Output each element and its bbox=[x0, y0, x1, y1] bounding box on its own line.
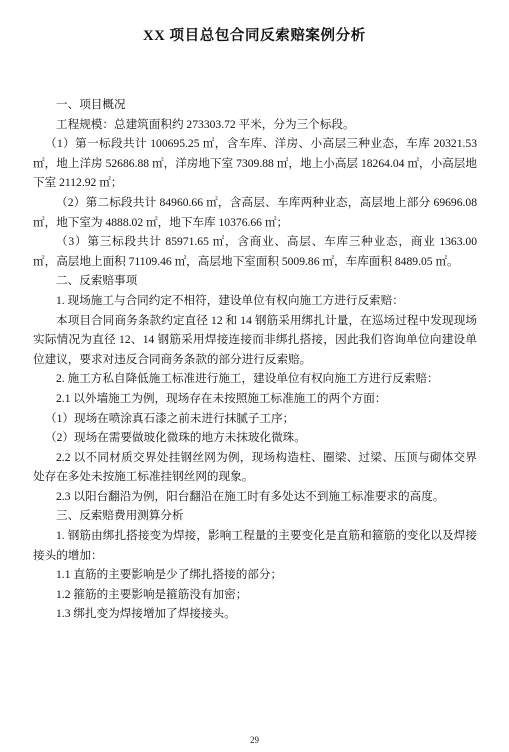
paragraph-section-3: （3）第三标段共计 85971.65 ㎡，含商业、高层、车库三种业态，商业 13… bbox=[33, 232, 477, 271]
section-heading-cost: 三、反索赔费用测算分析 bbox=[33, 506, 477, 526]
paragraph-cost-1-2: 1.2 箍筋的主要影响是箍筋没有加密； bbox=[33, 585, 477, 605]
paragraph-claim-2-3: 2.3 以阳台翻沿为例，阳台翻沿在施工时有多处达不到施工标准要求的高度。 bbox=[33, 487, 477, 507]
document-page: XX 项目总包合同反索赔案例分析 一、项目概况 工程规模：总建筑面积约 2733… bbox=[0, 0, 509, 752]
paragraph-claim-1: 1. 现场施工与合同约定不相符，建设单位有权向施工方进行反索赔： bbox=[33, 291, 477, 311]
paragraph-section-1: （1）第一标段共计 100695.25 ㎡，含车库、洋房、小高层三种业态，车库 … bbox=[33, 134, 477, 193]
paragraph-cost-1-3: 1.3 绑扎变为焊接增加了焊接接头。 bbox=[33, 604, 477, 624]
paragraph-scale: 工程规模：总建筑面积约 273303.72 平米，分为三个标段。 bbox=[33, 115, 477, 135]
paragraph-claim-2-2: 2.2 以不同材质交界处挂钢丝网为例，现场构造柱、圈梁、过梁、压顶与砌体交界处存… bbox=[33, 448, 477, 487]
document-body: 一、项目概况 工程规模：总建筑面积约 273303.72 平米，分为三个标段。 … bbox=[33, 95, 477, 624]
paragraph-cost-1-1: 1.1 直筋的主要影响是少了绑扎搭接的部分； bbox=[33, 565, 477, 585]
paragraph-claim-2-1-b: （2）现场在需要做玻化微珠的地方未抹玻化微珠。 bbox=[33, 428, 477, 448]
paragraph-cost-1: 1. 钢筋由绑扎搭接变为焊接，影响工程量的主要变化是直筋和箍筋的变化以及焊接接头… bbox=[33, 526, 477, 565]
paragraph-section-2: （2）第二标段共计 84960.66 ㎡，含高层、车库两种业态，高层地上部分 6… bbox=[33, 193, 477, 232]
paragraph-claim-2-1: 2.1 以外墙施工为例，现场存在未按照施工标准施工的两个方面： bbox=[33, 389, 477, 409]
section-heading-overview: 一、项目概况 bbox=[33, 95, 477, 115]
paragraph-claim-2-1-a: （1）现场在喷涂真石漆之前未进行抹腻子工序； bbox=[33, 409, 477, 429]
paragraph-claim-2: 2. 施工方私自降低施工标准进行施工，建设单位有权向施工方进行反索赔： bbox=[33, 369, 477, 389]
page-number: 29 bbox=[0, 735, 509, 745]
paragraph-claim-1-detail: 本项目合同商务条款约定直径 12 和 14 钢筋采用绑扎计量，在巡场过程中发现现… bbox=[33, 311, 477, 370]
section-heading-claims: 二、反索赔事项 bbox=[33, 271, 477, 291]
document-title: XX 项目总包合同反索赔案例分析 bbox=[0, 24, 509, 45]
